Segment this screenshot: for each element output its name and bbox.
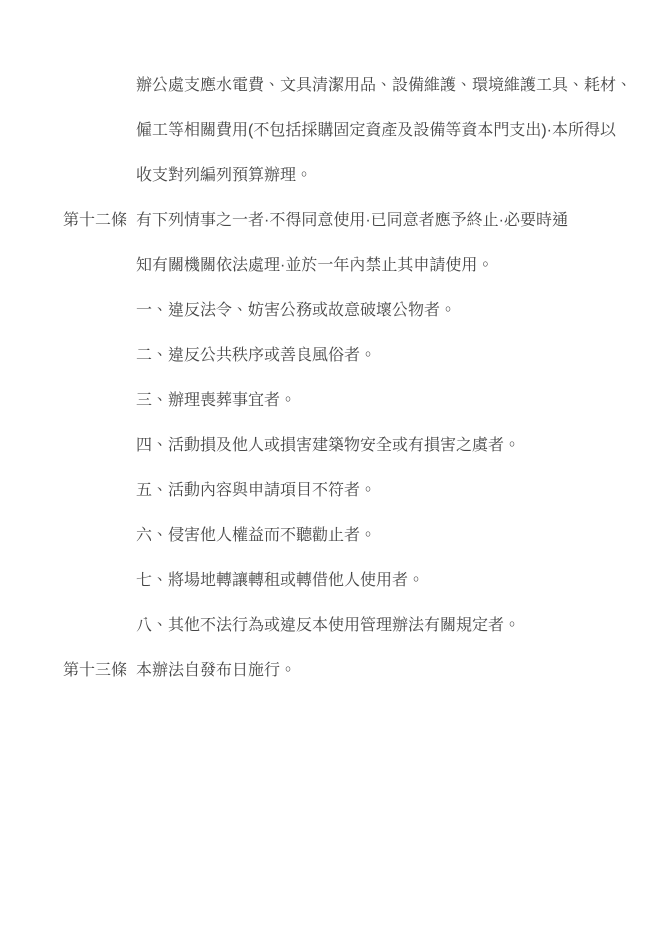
paragraph-article-12: 第十二條 有下列情事之一者·不得同意使用·已同意者應予終止·必要時通 知有關機關… [63, 198, 623, 288]
list-item-4: 四、活動損及他人或損害建築物安全或有損害之虞者。 [63, 423, 623, 468]
text-line: 辦公處支應水電費、文具清潔用品、設備維護、環境維護工具、耗材、 [136, 63, 623, 108]
paragraph-lines: 有下列情事之一者·不得同意使用·已同意者應予終止·必要時通 知有關機關依法處理·… [136, 198, 623, 288]
paragraph-budget-continuation: 辦公處支應水電費、文具清潔用品、設備維護、環境維護工具、耗材、 僱工等相關費用(… [63, 63, 623, 198]
paragraph-lines: 六、侵害他人權益而不聽勸止者。 [136, 513, 623, 558]
paragraph-lines: 一、違反法令、妨害公務或故意破壞公物者。 [136, 288, 623, 333]
list-item-2: 二、違反公共秩序或善良風俗者。 [63, 333, 623, 378]
paragraph-lines: 八、其他不法行為或違反本使用管理辦法有關規定者。 [136, 603, 623, 648]
list-item-5: 五、活動內容與申請項目不符者。 [63, 468, 623, 513]
list-item-3: 三、辦理喪葬事宜者。 [63, 378, 623, 423]
text-line: 七、將場地轉讓轉租或轉借他人使用者。 [136, 558, 623, 603]
text-line: 有下列情事之一者·不得同意使用·已同意者應予終止·必要時通 [136, 198, 623, 243]
paragraph-lines: 五、活動內容與申請項目不符者。 [136, 468, 623, 513]
paragraph-lines: 辦公處支應水電費、文具清潔用品、設備維護、環境維護工具、耗材、 僱工等相關費用(… [136, 63, 623, 198]
paragraph-lines: 七、將場地轉讓轉租或轉借他人使用者。 [136, 558, 623, 603]
paragraph-lines: 二、違反公共秩序或善良風俗者。 [136, 333, 623, 378]
text-line: 僱工等相關費用(不包括採購固定資產及設備等資本門支出)·本所得以 [136, 108, 623, 153]
paragraph-lines: 三、辦理喪葬事宜者。 [136, 378, 623, 423]
list-item-7: 七、將場地轉讓轉租或轉借他人使用者。 [63, 558, 623, 603]
text-line: 一、違反法令、妨害公務或故意破壞公物者。 [136, 288, 623, 333]
article-number: 第十二條 [63, 198, 136, 243]
text-line: 本辦法自發布日施行。 [136, 648, 623, 693]
text-line: 知有關機關依法處理·並於一年內禁止其申請使用。 [136, 243, 623, 288]
text-line: 四、活動損及他人或損害建築物安全或有損害之虞者。 [136, 423, 623, 468]
paragraph-lines: 本辦法自發布日施行。 [136, 648, 623, 693]
article-number: 第十三條 [63, 648, 136, 693]
text-line: 三、辦理喪葬事宜者。 [136, 378, 623, 423]
text-line: 二、違反公共秩序或善良風俗者。 [136, 333, 623, 378]
list-item-6: 六、侵害他人權益而不聽勸止者。 [63, 513, 623, 558]
text-line: 收支對列編列預算辦理。 [136, 153, 623, 198]
list-item-1: 一、違反法令、妨害公務或故意破壞公物者。 [63, 288, 623, 333]
paragraph-lines: 四、活動損及他人或損害建築物安全或有損害之虞者。 [136, 423, 623, 468]
document-content: 辦公處支應水電費、文具清潔用品、設備維護、環境維護工具、耗材、 僱工等相關費用(… [63, 63, 623, 693]
text-line: 五、活動內容與申請項目不符者。 [136, 468, 623, 513]
text-line: 六、侵害他人權益而不聽勸止者。 [136, 513, 623, 558]
list-item-8: 八、其他不法行為或違反本使用管理辦法有關規定者。 [63, 603, 623, 648]
paragraph-article-13: 第十三條 本辦法自發布日施行。 [63, 648, 623, 693]
document-page: 辦公處支應水電費、文具清潔用品、設備維護、環境維護工具、耗材、 僱工等相關費用(… [0, 0, 668, 941]
text-line: 八、其他不法行為或違反本使用管理辦法有關規定者。 [136, 603, 623, 648]
